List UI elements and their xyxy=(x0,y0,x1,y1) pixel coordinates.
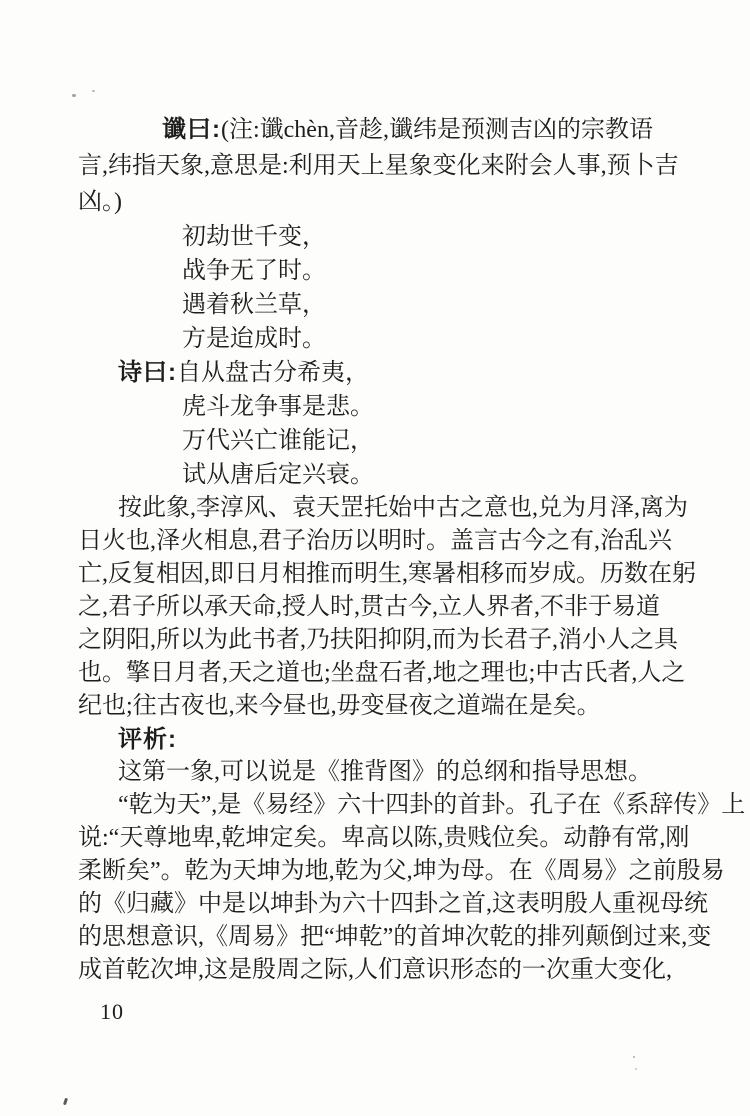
page-content: 谶曰:(注:谶chèn,音趁,谶纬是预测吉凶的宗教语 言,纬指天象,意思是:利用… xyxy=(78,112,724,1028)
verse-line: 诗曰:自从盘古分希夷， xyxy=(78,356,724,390)
scanned-book-page: 谶曰:(注:谶chèn,音趁,谶纬是预测吉凶的宗教语 言,纬指天象,意思是:利用… xyxy=(0,0,750,1116)
an-commentary-paragraph: 按此象,李淳风、袁天罡托始中古之意也,兑为月泽,离为 日火也,泽火相息,君子治历… xyxy=(78,492,724,723)
text-line: 的思想意识,《周易》把“坤乾”的首坤次乾的排列颠倒过来,变 xyxy=(78,921,724,954)
scan-speck xyxy=(63,1098,68,1106)
text-line: 说:“天尊地卑,乾坤定矣。卑高以陈,贵贱位矣。动静有常,刚 xyxy=(78,822,724,855)
verse-line: 试从唐后定兴衰。 xyxy=(182,458,724,492)
pingxi-label: 评析: xyxy=(78,723,724,756)
text-line: 的《归藏》中是以坤卦为六十四卦之首,这表明殷人重视母统 xyxy=(78,888,724,921)
scan-speck xyxy=(633,1056,635,1058)
chan-note-block: 谶曰:(注:谶chèn,音趁,谶纬是预测吉凶的宗教语 言,纬指天象,意思是:利用… xyxy=(78,112,724,220)
verse-line: 初劫世千变， xyxy=(182,220,724,254)
verse-line: 万代兴亡谁能记， xyxy=(182,424,724,458)
chan-verse-block: 初劫世千变， 战争无了时。 遇着秋兰草， 方是迨成时。 xyxy=(78,220,724,356)
verse-line: 遇着秋兰草， xyxy=(182,288,724,322)
text-line: 成首乾次坤,这是殷周之际,人们意识形态的一次重大变化, xyxy=(78,954,724,987)
text-line: 纪也;往古夜也,来今昼也,毋变昼夜之道端在是矣。 xyxy=(78,690,724,723)
shi-label: 诗曰: xyxy=(118,359,177,386)
text-line: 言,纬指天象,意思是:利用天上星象变化来附会人事,预卜吉 xyxy=(78,148,724,184)
text-line: 谶曰:(注:谶chèn,音趁,谶纬是预测吉凶的宗教语 xyxy=(78,112,724,148)
text-line: “乾为天”,是《易经》六十四卦的首卦。孔子在《系辞传》上 xyxy=(78,789,724,822)
verse-line: 方是迨成时。 xyxy=(182,322,724,356)
shi-verse-block: 虎斗龙争事是悲。 万代兴亡谁能记， 试从唐后定兴衰。 xyxy=(78,390,724,492)
text-line: 柔断矣”。乾为天坤为地,乾为父,坤为母。在《周易》之前殷易 xyxy=(78,855,724,888)
page-number: 10 xyxy=(78,995,724,1028)
shi-block: 诗曰:自从盘古分希夷， 虎斗龙争事是悲。 万代兴亡谁能记， 试从唐后定兴衰。 xyxy=(78,356,724,492)
text-line: 之,君子所以承天命,授人时,贯古今,立人界者,不非于易道 xyxy=(78,591,724,624)
text-line: 凶。) xyxy=(78,184,724,220)
pingxi-intro-line: 这第一象,可以说是《推背图》的总纲和指导思想。 xyxy=(78,756,724,789)
text-line: 也。擎日月者,天之道也;坐盘石者,地之理也;中古氏者,人之 xyxy=(78,657,724,690)
chan-note-text: (注:谶chèn,音趁,谶纬是预测吉凶的宗教语 xyxy=(221,117,653,143)
text-line: 按此象,李淳风、袁天罡托始中古之意也,兑为月泽,离为 xyxy=(78,492,724,525)
text-line: 之阴阳,所以为此书者,乃扶阳抑阴,而为长君子,消小人之具 xyxy=(78,624,724,657)
text-line: 亡,反复相因,即日月相推而明生,寒暑相移而岁成。历数在躬 xyxy=(78,558,724,591)
verse-line: 虎斗龙争事是悲。 xyxy=(182,390,724,424)
text-line: 日火也,泽火相息,君子治历以明时。盖言古今之有,治乱兴 xyxy=(78,525,724,558)
scan-speck xyxy=(92,90,95,92)
scan-speck xyxy=(635,1068,637,1070)
verse-line: 战争无了时。 xyxy=(182,254,724,288)
scan-speck xyxy=(72,94,76,97)
shi-first-line-text: 自从盘古分希夷， xyxy=(177,360,369,386)
pingxi-paragraph: “乾为天”,是《易经》六十四卦的首卦。孔子在《系辞传》上 说:“天尊地卑,乾坤定… xyxy=(78,789,724,987)
chan-label: 谶曰: xyxy=(162,116,221,143)
